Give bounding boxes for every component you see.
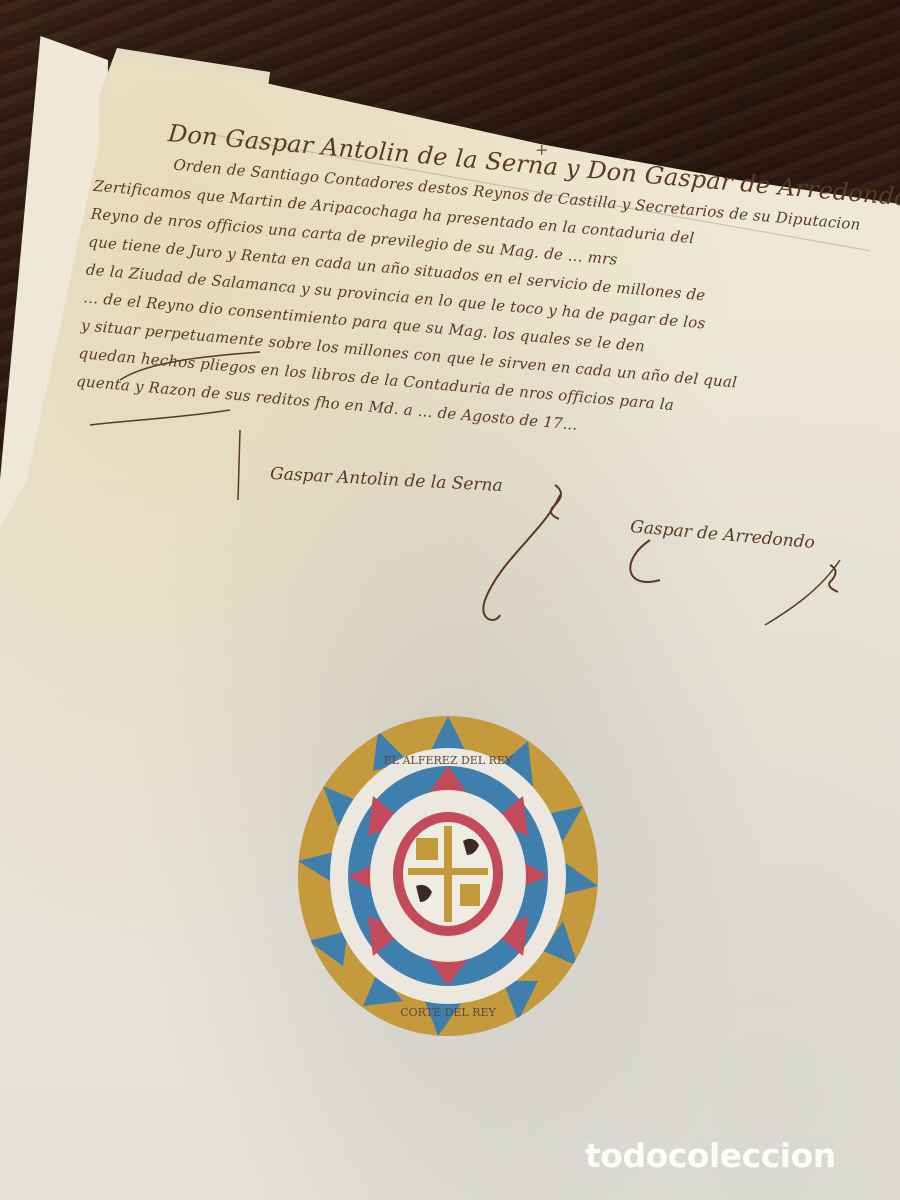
- todocoleccion-watermark: todocoleccion: [585, 1136, 836, 1175]
- painted-seal: EL ALFEREZ DEL REY CORTE DEL REY: [298, 716, 598, 1036]
- signature-flourish-icon: [0, 0, 900, 700]
- svg-text:EL ALFEREZ DEL REY: EL ALFEREZ DEL REY: [384, 754, 513, 767]
- svg-text:CORTE DEL REY: CORTE DEL REY: [400, 1006, 496, 1019]
